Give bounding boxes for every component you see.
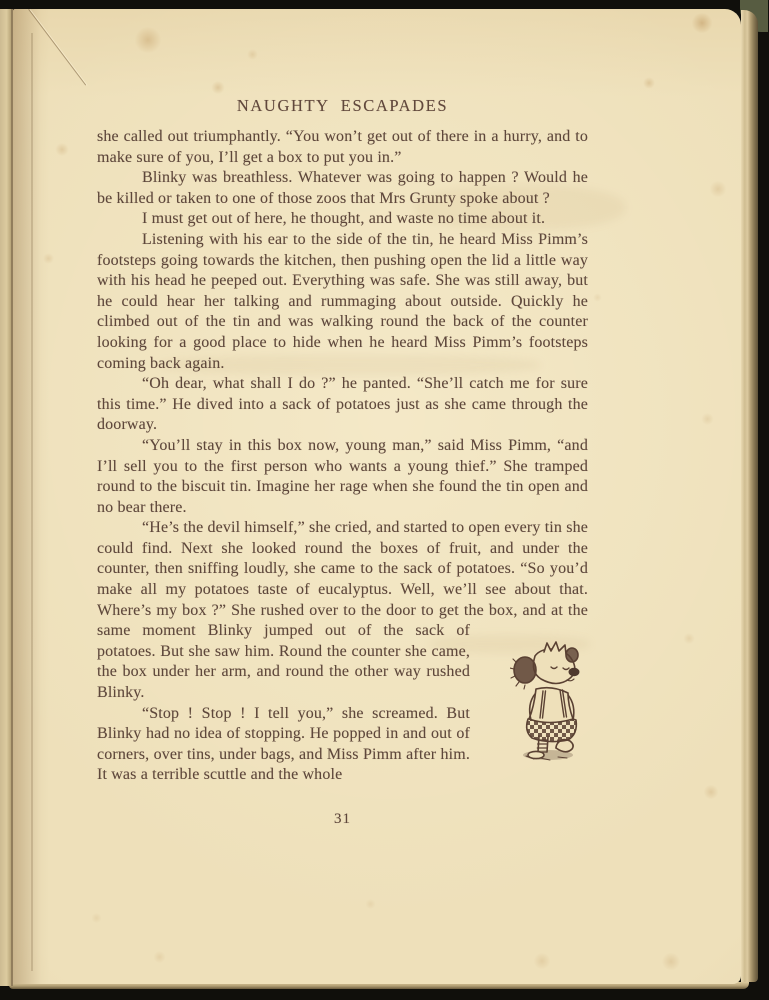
paragraph: “Oh dear, what shall I do ?” he panted. …	[97, 374, 588, 436]
paragraph: Listening with his ear to the side of th…	[97, 230, 588, 374]
foxing-spot	[55, 143, 69, 156]
gutter-crease-line	[31, 33, 33, 971]
paragraph: Blinky was breathless. Whatever was goin…	[97, 168, 588, 209]
page-edges-right	[741, 10, 758, 982]
paragraph: she called out triumphantly. “You won’t …	[97, 127, 588, 168]
foxing-spot	[709, 181, 727, 197]
foxing-spot	[691, 13, 713, 33]
foxing-spot	[703, 785, 719, 799]
foxing-spot	[661, 953, 681, 970]
paragraph: I must get out of here, he thought, and …	[97, 209, 588, 230]
gutter-shadow	[13, 9, 41, 984]
foxing-spot	[247, 49, 258, 60]
book-page: NAUGHTY ESCAPADES she called out triumph…	[13, 9, 741, 984]
foxing-spot	[365, 899, 376, 909]
foxing-spot	[134, 27, 162, 53]
body-text: she called out triumphantly. “You won’t …	[97, 127, 588, 786]
page-number: 31	[97, 811, 588, 828]
foxing-spot	[91, 913, 102, 923]
koala-character-icon	[476, 621, 588, 769]
foxing-spot	[683, 633, 695, 644]
foxing-spot	[533, 953, 551, 969]
book-page-scan: NAUGHTY ESCAPADES she called out triumph…	[0, 0, 769, 1000]
paragraph: “You’ll stay in this box now, young man,…	[97, 436, 588, 518]
foxing-spot	[643, 77, 655, 89]
foxing-spot	[153, 951, 166, 963]
paragraph: “He’s the devil himself,” she cried, and…	[97, 518, 588, 703]
foxing-spot	[701, 413, 714, 425]
foxing-spot	[211, 81, 225, 94]
gutter-page-edge-left	[0, 9, 13, 986]
foxing-spot	[593, 293, 602, 302]
foxing-spot	[43, 253, 54, 264]
running-head: NAUGHTY ESCAPADES	[97, 96, 588, 116]
